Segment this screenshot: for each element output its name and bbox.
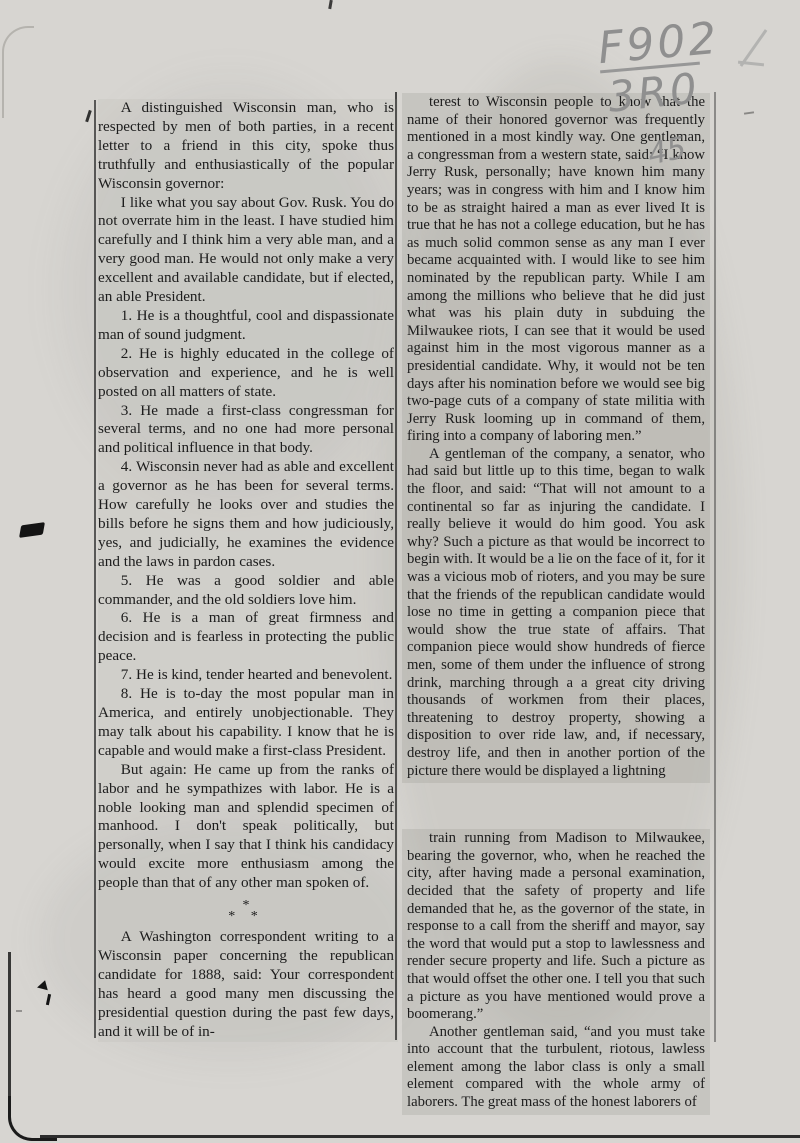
paragraph: A gentleman of the company, a senator, w… xyxy=(407,446,705,780)
ink-mark xyxy=(744,111,754,114)
section-divider: * * * xyxy=(98,893,394,928)
column-left-top: A distinguished Wisconsin man, who is re… xyxy=(98,99,394,893)
paragraph: Another gentleman said, “and you must ta… xyxy=(407,1024,705,1112)
paragraph: A distinguished Wisconsin man, who is re… xyxy=(98,99,394,194)
column-left-bottom: A Washington correspondent writing to a … xyxy=(98,928,394,1041)
paragraph: 8. He is to-day the most popular man in … xyxy=(98,685,394,761)
ink-mark xyxy=(46,994,51,1005)
ink-tick xyxy=(85,110,91,122)
page-edge-left xyxy=(8,952,11,1110)
ink-tick xyxy=(328,0,333,9)
paragraph: I like what you say about Gov. Rusk. You… xyxy=(98,194,394,307)
ink-mark xyxy=(16,1010,22,1012)
paragraph: But again: He came up from the ranks of … xyxy=(98,761,394,893)
newspaper-column-left: A distinguished Wisconsin man, who is re… xyxy=(98,99,398,1042)
paragraph: 5. He was a good soldier and able comman… xyxy=(98,572,394,610)
page-edge-bottom xyxy=(40,1135,800,1138)
ink-smudge xyxy=(19,522,45,538)
clipping-piece-lower: train running from Madison to Milwaukee,… xyxy=(402,829,710,1115)
scanned-page: { "colors": { "paper": "#d7d5d1", "ink":… xyxy=(0,0,800,1143)
paragraph: terest to Wisconsin people to know that … xyxy=(407,94,705,446)
paragraph: 2. He is highly educated in the college … xyxy=(98,345,394,402)
newspaper-column-right: terest to Wisconsin people to know that … xyxy=(402,93,710,1115)
column-rule-left xyxy=(94,100,96,1038)
handwritten-strike-line xyxy=(600,62,700,74)
paragraph: A Washington correspondent writing to a … xyxy=(98,928,394,1041)
asterisk-row-bottom: * * xyxy=(98,911,394,922)
paragraph: 3. He made a first-class congressman for… xyxy=(98,402,394,459)
ink-mark xyxy=(37,979,50,990)
page-edge-top-left xyxy=(2,26,34,118)
paragraph: 4. Wisconsin never had as able and excel… xyxy=(98,458,394,571)
paragraph: 6. He is a man of great firmness and dec… xyxy=(98,609,394,666)
column-rule-right xyxy=(714,92,716,1042)
clipping-piece-upper: terest to Wisconsin people to know that … xyxy=(402,93,710,783)
paragraph: 1. He is a thoughtful, cool and dispassi… xyxy=(98,307,394,345)
paragraph: train running from Madison to Milwaukee,… xyxy=(407,830,705,1024)
paragraph: 7. He is kind, tender hearted and benevo… xyxy=(98,666,394,685)
